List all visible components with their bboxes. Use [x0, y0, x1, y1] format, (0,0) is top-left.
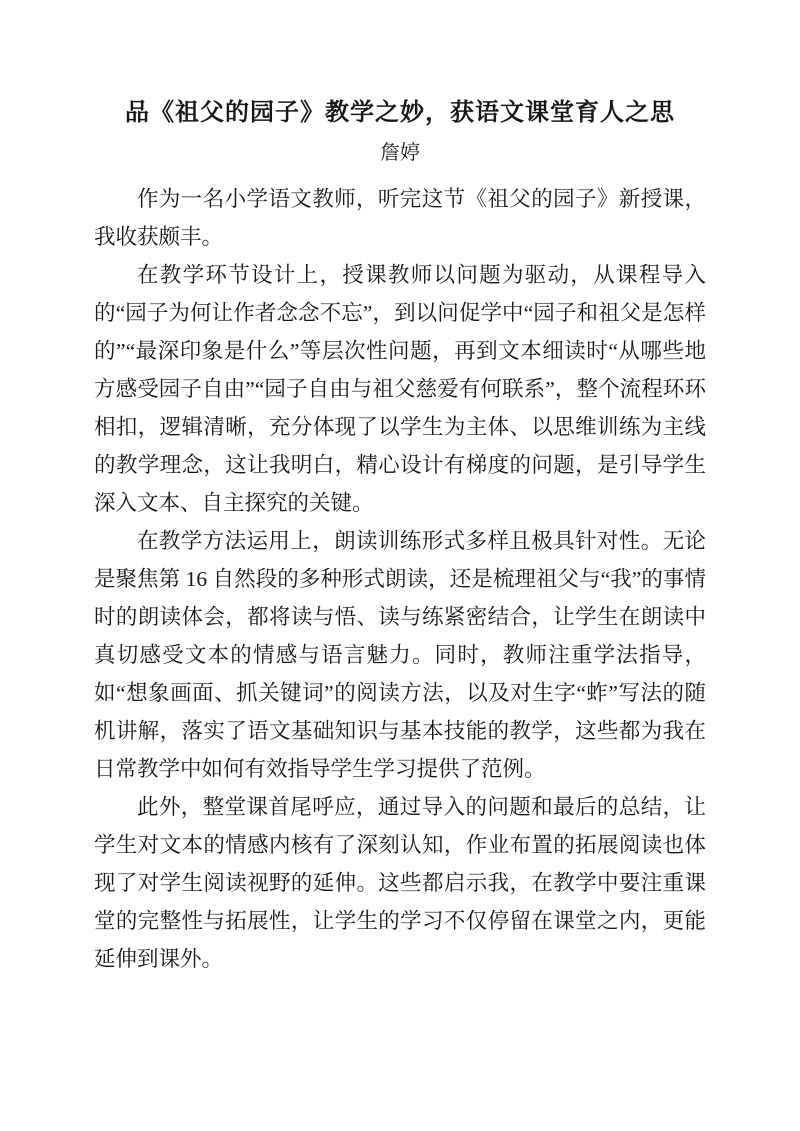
- paragraph-intro: 作为一名小学语文教师，听完这节《祖父的园子》新授课，我收获颇丰。: [94, 180, 706, 256]
- paragraph-conclusion: 此外，整堂课首尾呼应，通过导入的问题和最后的总结，让学生对文本的情感内核有了深刻…: [94, 788, 706, 978]
- author-name: 詹婷: [94, 138, 706, 168]
- document-page: 品《祖父的园子》教学之妙，获语文课堂育人之思 詹婷 作为一名小学语文教师，听完这…: [0, 0, 800, 1131]
- paragraph-lesson-design: 在教学环节设计上，授课教师以问题为驱动，从课程导入的“园子为何让作者念念不忘”，…: [94, 256, 706, 522]
- paragraph-teaching-methods: 在教学方法运用上，朗读训练形式多样且极具针对性。无论是聚焦第 16 自然段的多种…: [94, 522, 706, 788]
- document-title: 品《祖父的园子》教学之妙，获语文课堂育人之思: [94, 96, 706, 130]
